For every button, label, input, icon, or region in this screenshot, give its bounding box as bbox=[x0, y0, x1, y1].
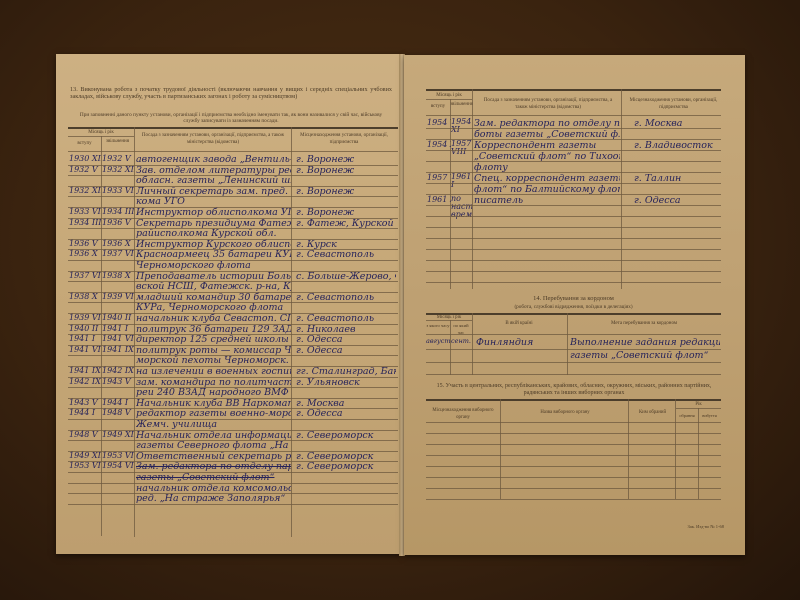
location-text: г. Фатеж, Курской обл. bbox=[296, 218, 396, 229]
position-text: редактор газеты военно-морского bbox=[136, 408, 291, 419]
left-page: 13. Виконувана робота з початку трудової… bbox=[56, 54, 402, 554]
header-exit: звільнення bbox=[101, 138, 134, 145]
location-text: г. Ульяновск bbox=[296, 377, 396, 388]
entry-date: 1939 VI bbox=[69, 313, 101, 322]
position-text: Секретарь президиума Фатежского bbox=[136, 218, 291, 229]
section13-title: 13. Виконувана робота з початку трудової… bbox=[70, 86, 392, 100]
header-position: Посада з зазначенням установи, організац… bbox=[138, 132, 288, 146]
s15-header-location: Місцезнаходження виборного органу bbox=[426, 407, 500, 421]
position-text: ред. „На страже Заполярья“ bbox=[136, 493, 291, 504]
exit-date: 1941 IX bbox=[102, 345, 134, 354]
entry-date: 1954 VI bbox=[427, 118, 451, 127]
exit-date: 1932 V bbox=[102, 154, 134, 163]
s15-header-year: Рік bbox=[676, 401, 721, 408]
entry-date: 1930 XII bbox=[69, 154, 101, 163]
entry-date: 1953 VI bbox=[69, 461, 101, 470]
position-text: морской пехоты Черноморск. флота bbox=[136, 355, 291, 366]
s14-header-country: В якій країні bbox=[474, 320, 564, 327]
entry-date: 1932 XII bbox=[69, 186, 101, 195]
location-text: г. Воронеж bbox=[296, 165, 396, 176]
exit-date: 1953 VI bbox=[102, 451, 134, 460]
position-text: Ответственный секретарь ред. „На страже … bbox=[136, 451, 291, 462]
section13-note: При заповненні даного пункту установи, о… bbox=[74, 112, 388, 124]
abroad-purpose: газеты „Советский флот“ bbox=[570, 350, 720, 361]
location-text: г. Воронеж bbox=[296, 154, 396, 165]
location-text: г. Курск bbox=[296, 239, 396, 250]
position-text: газеты „Советский флот“ bbox=[136, 472, 291, 483]
location-text: г. Воронеж bbox=[296, 207, 396, 218]
location-text: г. Севастополь bbox=[296, 249, 396, 260]
position-text: Красноармеец 35 батареи КУРа bbox=[136, 249, 291, 260]
exit-date: 1954 XI bbox=[451, 118, 472, 134]
exit-date: 1944 I bbox=[102, 398, 134, 407]
header-month-year: Місяць і рік bbox=[68, 129, 134, 136]
header-exit: звільнення bbox=[450, 101, 472, 108]
position-text: кома УГО bbox=[136, 196, 291, 207]
abroad-country: Финляндия bbox=[476, 337, 566, 348]
exit-date: 1961 I bbox=[451, 173, 472, 189]
entry-date: 1944 I bbox=[69, 408, 101, 417]
exit-date: 1933 VIII bbox=[102, 186, 134, 195]
exit-date: 1939 VI bbox=[102, 292, 134, 301]
position-text: политрук роты — комиссар Чорнера bbox=[136, 345, 291, 356]
header-location: Місцезнаходження установи, організації, … bbox=[294, 132, 394, 146]
exit-date: 1943 V bbox=[102, 377, 134, 386]
header-location: Місцезнаходження установи, організації, … bbox=[626, 97, 721, 111]
footer-print-mark: Зак. Изд-во № 1-68 bbox=[644, 523, 724, 530]
entry-date: 1949 XII bbox=[69, 451, 101, 460]
position-text: вской НСШ, Фатежск. р-на, Курской обл. bbox=[136, 281, 291, 292]
abroad-purpose: Выполнение задания редакции bbox=[570, 337, 720, 348]
exit-date: 1937 VI bbox=[102, 249, 134, 258]
position-text: младший командир 30 батареи bbox=[136, 292, 291, 303]
s14-header-purpose: Мета перебування за кордоном bbox=[569, 320, 719, 327]
location-text: г. Воронеж bbox=[296, 186, 396, 197]
entry-date: 1937 VI bbox=[69, 271, 101, 280]
exit-date: 1938 X bbox=[102, 271, 134, 280]
entry-date: 1941 I bbox=[69, 334, 101, 343]
position-text: Инструктор облисполкома УГО bbox=[136, 207, 291, 218]
header-entry: вступу bbox=[68, 140, 101, 147]
section14-subtitle: (робота, службові відрядження, поїздки в… bbox=[426, 304, 721, 311]
exit-date: 1949 XII bbox=[102, 430, 134, 439]
exit-date: 1940 II bbox=[102, 313, 134, 322]
location-text: г. Североморск bbox=[296, 451, 396, 462]
entry-date: 1943 V bbox=[69, 398, 101, 407]
position-text: Инструктор Курского облисполкома bbox=[136, 239, 291, 250]
location-text: г. Одесса bbox=[296, 345, 396, 356]
entry-date: 1933 VIII bbox=[69, 207, 101, 216]
entry-date: 1934 III bbox=[69, 218, 101, 227]
entry-date: 1961 I bbox=[427, 195, 451, 204]
exit-date: 1941 I bbox=[102, 324, 134, 333]
location-text: г. Североморск bbox=[296, 461, 396, 472]
exit-date: 1957 VIII bbox=[451, 140, 472, 156]
right-page: Місяць і рік вступу звільнення Посада з … bbox=[404, 55, 745, 555]
location-text: г. Николаев bbox=[296, 324, 396, 335]
position-text: Личный секретарь зам. пред. облиспол- bbox=[136, 186, 291, 197]
entry-date: 1942 IX bbox=[69, 377, 101, 386]
s15-header-name: Назва виборного органу bbox=[502, 409, 628, 416]
exit-date: 1936 V bbox=[102, 218, 134, 227]
position-text: Начальник отдела информации ред. bbox=[136, 430, 291, 441]
header-month-year: Місяць і рік bbox=[426, 92, 472, 99]
position-text: на излечении в военных госпиталях bbox=[136, 366, 291, 377]
entry-date: 1948 V bbox=[69, 430, 101, 439]
position-text: Преподаватель истории Больше-Жеро- bbox=[136, 271, 291, 282]
entry-date: 1954 XI bbox=[427, 140, 451, 149]
abroad-from: август 1958 bbox=[426, 337, 450, 345]
s14-header-from: з якого часу bbox=[426, 322, 450, 329]
entry-date: 1932 V bbox=[69, 165, 101, 174]
location-text: г. Одесса bbox=[296, 334, 396, 345]
exit-date: 1934 III bbox=[102, 207, 134, 216]
position-text: Жемч. училища bbox=[136, 419, 291, 430]
location-text: г. Североморск bbox=[296, 430, 396, 441]
position-text: КУРа, Черноморского флота bbox=[136, 302, 291, 313]
exit-date: 1932 XII bbox=[102, 165, 134, 174]
location-text: г. Севастополь bbox=[296, 292, 396, 303]
position-text: Начальник клуба ВВ Наркомата ВМФ bbox=[136, 398, 291, 409]
position-text: директор 125 средней школы bbox=[136, 334, 291, 345]
exit-date: 1941 VI bbox=[102, 334, 134, 343]
entry-date: 1936 V bbox=[69, 239, 101, 248]
position-text: Зам. редактора по отделу партийной работ… bbox=[136, 461, 291, 472]
position-text: реи 240 ВЗАД народного ВМФ bbox=[136, 387, 291, 398]
position-text: газеты Северного флота „На страже Заполя… bbox=[136, 440, 291, 451]
exit-date: 1948 V bbox=[102, 408, 134, 417]
position-text: зам. командира по политчасти 1391 бата- bbox=[136, 377, 291, 388]
position-text: райисполкома Курской обл. bbox=[136, 228, 291, 239]
location-text: г. Москва bbox=[296, 398, 396, 409]
exit-date: 1936 X bbox=[102, 239, 134, 248]
position-text: Зав. отделом литературы редакции bbox=[136, 165, 291, 176]
entry-date: 1957 VIII bbox=[427, 173, 451, 182]
s15-header-left: вибуття bbox=[698, 412, 721, 419]
position-text: политрук 36 батареи 129 ЗАД ЧФ bbox=[136, 324, 291, 335]
location-text: с. Больше-Жерово, Фатежск. р-на, Курской… bbox=[296, 271, 396, 282]
position-text: автогенщик завода „Вентиль-маршрута“ bbox=[136, 154, 291, 165]
exit-date: 1954 VI bbox=[102, 461, 134, 470]
location-text: гг. Сталинград, Баку, Чарджоу bbox=[296, 366, 396, 377]
location-text: г. Севастополь bbox=[296, 313, 396, 324]
position-text: обласн. газеты „Ленинский шлях“ bbox=[136, 175, 291, 186]
entry-date: 1941 VI bbox=[69, 345, 101, 354]
entry-date: 1941 IX bbox=[69, 366, 101, 375]
header-entry: вступу bbox=[426, 103, 450, 110]
abroad-to: сент. 1958 bbox=[451, 337, 472, 345]
header-position: Посада з зазначенням установи, організац… bbox=[478, 97, 618, 111]
position-text: Черноморского флота bbox=[136, 260, 291, 271]
section15-title: 15. Участь в центральних, республіканськ… bbox=[434, 383, 714, 397]
position-text: начальник клуба Севастоп. СП bbox=[136, 313, 291, 324]
position-text: начальник отдела комсомольской жизни bbox=[136, 483, 291, 494]
exit-date: 1942 IX bbox=[102, 366, 134, 375]
location-text: г. Одесса bbox=[296, 408, 396, 419]
entry-date: 1940 II bbox=[69, 324, 101, 333]
s15-header-elected: обрання bbox=[676, 412, 698, 419]
s15-header-as-whom: Ким обраний bbox=[630, 409, 675, 416]
entry-date: 1936 X bbox=[69, 249, 101, 258]
section14-title: 14. Перебування за кордоном bbox=[426, 295, 721, 302]
entry-date: 1938 X bbox=[69, 292, 101, 301]
